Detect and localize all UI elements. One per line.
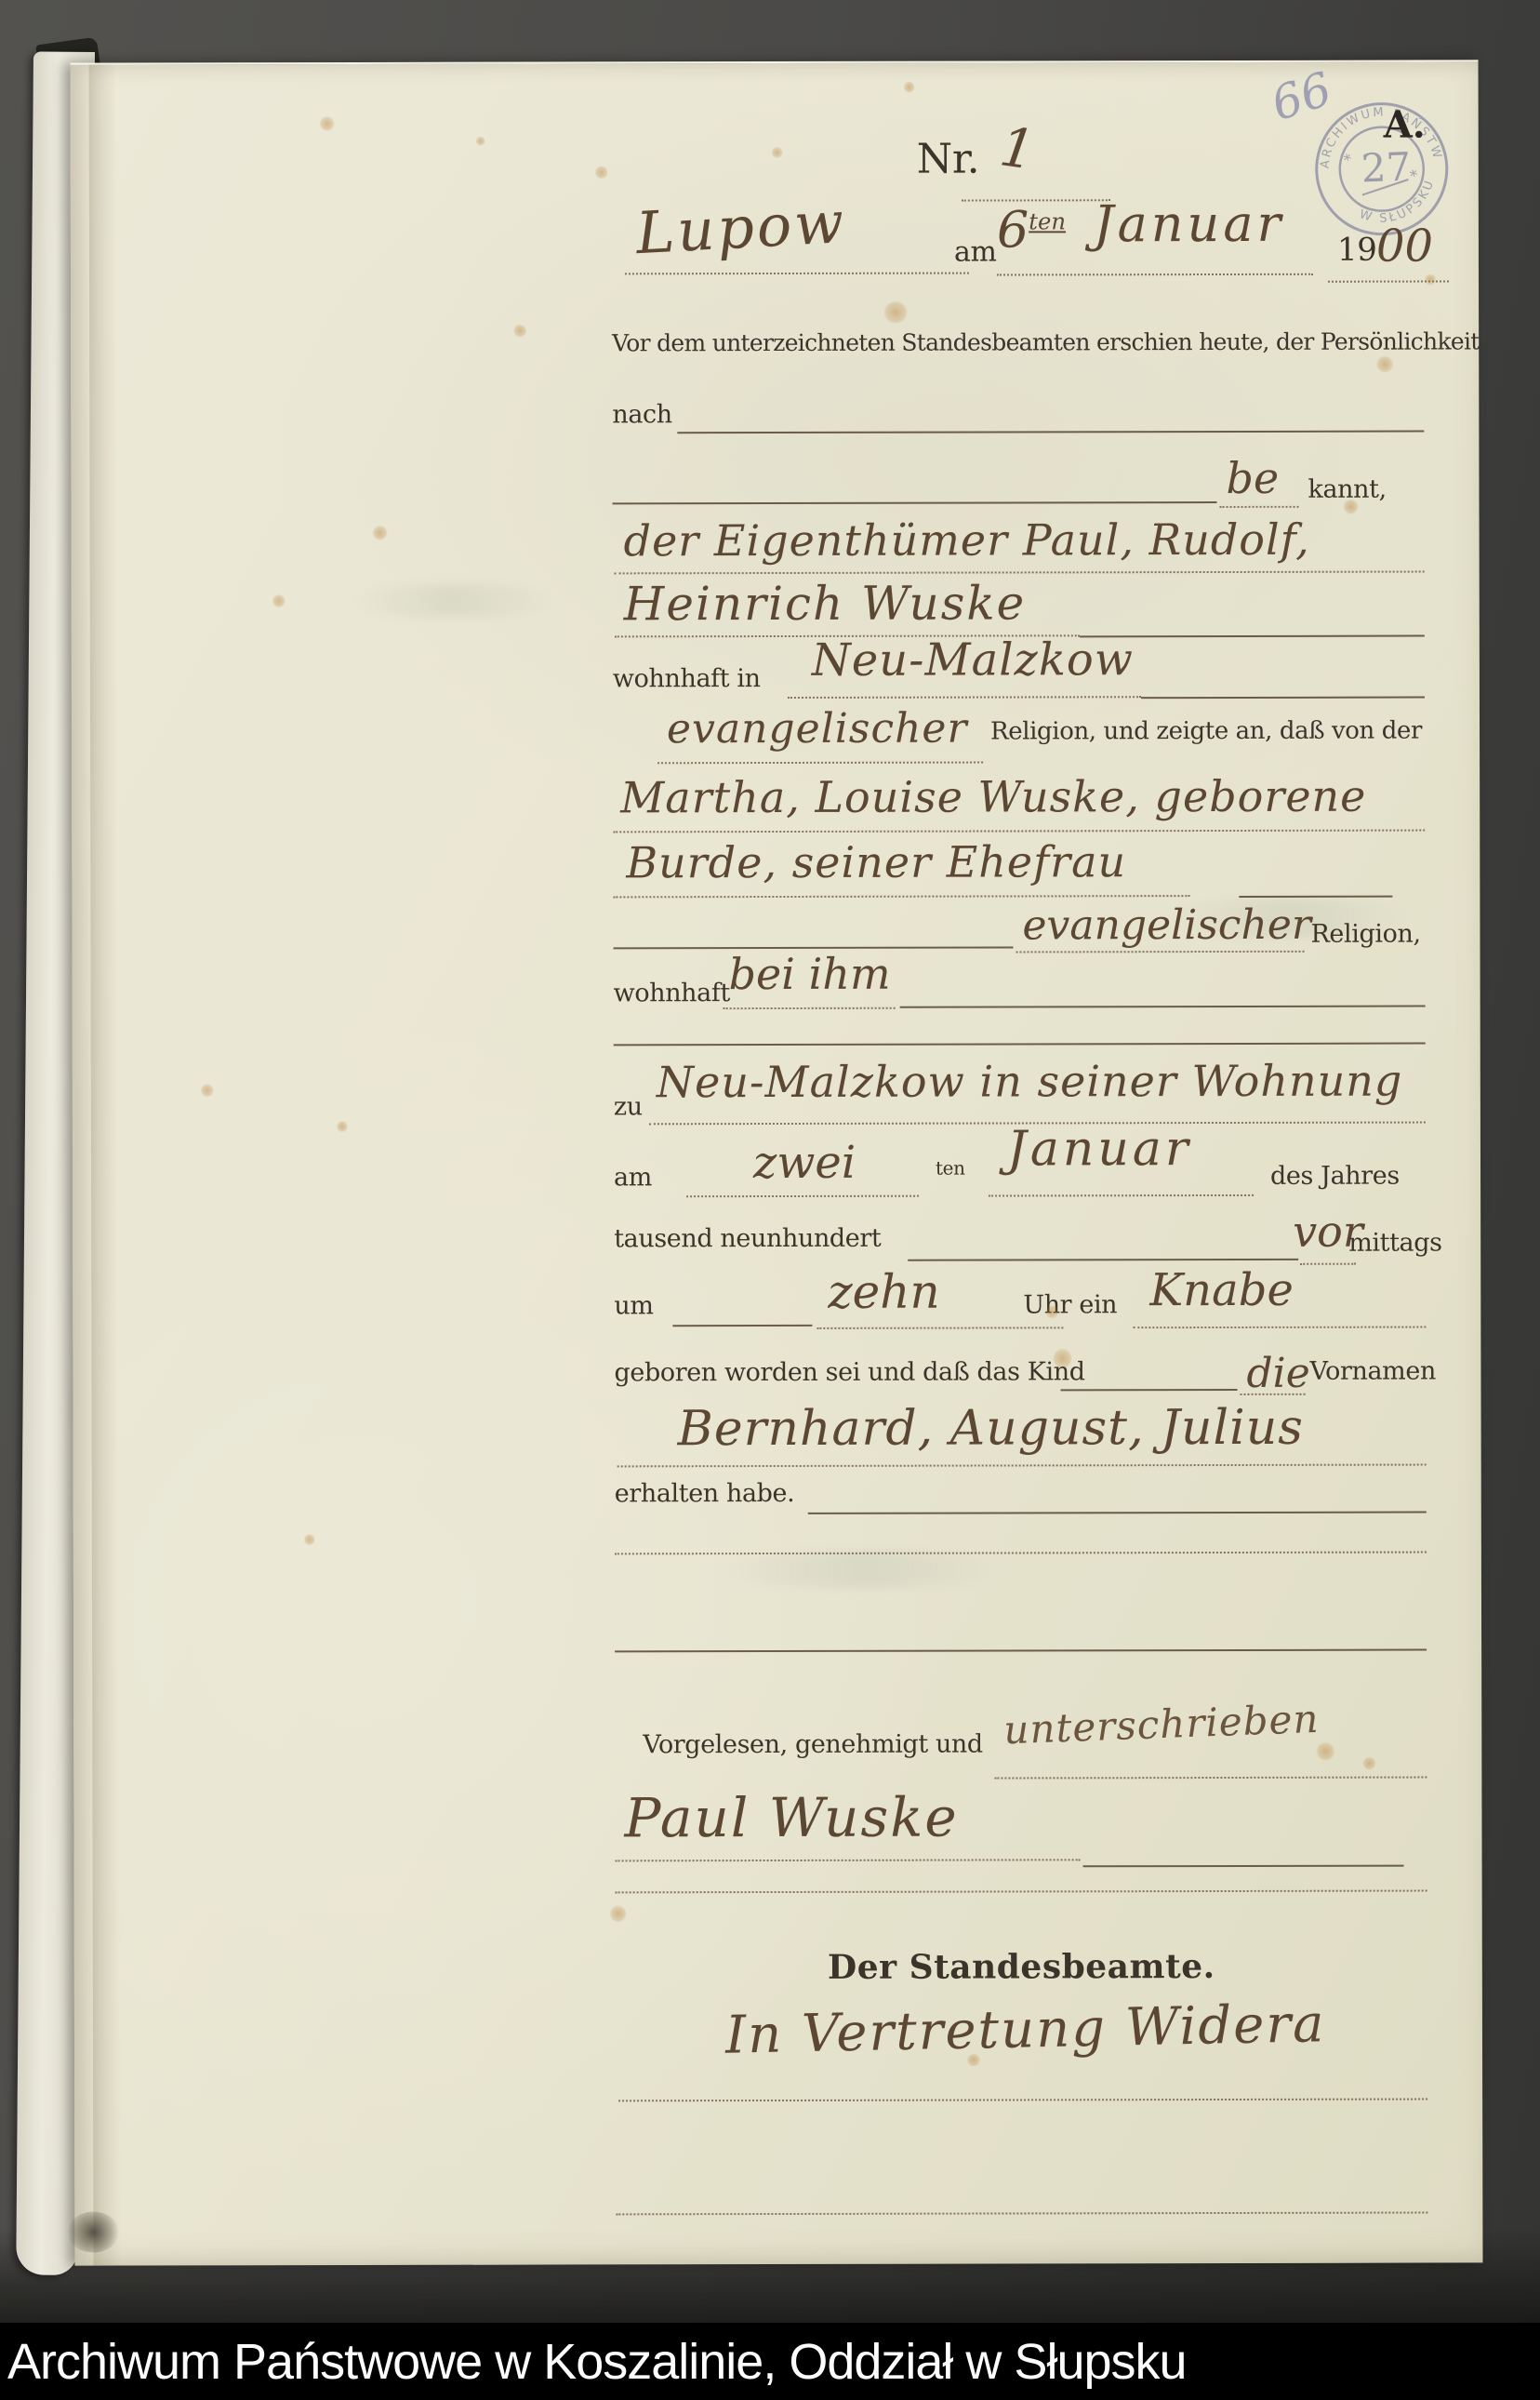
unterschrieben-written: unterschrieben [1002,1696,1320,1753]
form-letter-a: A. [1384,103,1426,147]
nach-label: nach [612,400,671,429]
foxing-stain [1425,274,1436,286]
wohnhaft-in-label: wohnhaft in [613,664,761,693]
bleedthrough-ghost [724,1551,1003,1587]
date-month: Januar [1094,194,1285,253]
foxing-stain [1362,1757,1375,1770]
unterschrieben-underline [994,1774,1427,1780]
date-day-number: 6 [997,200,1029,259]
mother-line1: Martha, Louise Wuske, geborene [620,771,1366,823]
date-day-suffix: ten [1029,207,1066,234]
bottom-left-smudge [67,2211,119,2252]
foxing-stain [1053,1348,1071,1368]
blank-rule [615,1649,1427,1653]
vor-underline [1300,1260,1356,1265]
foxing-stain [883,301,908,324]
foxing-stain [610,1905,627,1922]
registrar-title: Der Standesbeamte. [616,1947,1427,1988]
place-name: Lupow [634,188,848,267]
tausend-label: tausend neunhundert [614,1224,881,1254]
foxing-stain [373,526,388,540]
be-underline [1220,503,1299,508]
wohnhaft2-underline [724,1005,896,1009]
foxing-stain [1316,1742,1334,1761]
residence-underline [788,693,1141,699]
blank-rule [1061,1389,1238,1391]
wohnhaft2-label: wohnhaft [614,979,730,1007]
foxing-stain [201,1084,214,1097]
residence-written: Neu-Malzkow [812,633,1134,687]
year-written: 00 [1376,220,1433,273]
blank-rule [614,1043,1426,1047]
blank-rule [672,1325,812,1327]
blank-rule [613,501,1217,504]
date-underline [997,271,1313,276]
stamp-star-left: * [1342,151,1353,169]
be-written: be [1226,453,1279,503]
intro-line1: Vor dem unterzeichneten Standesbeamten e… [612,327,1480,356]
foxing-stain [513,325,526,338]
ten-suffix: ten [936,1157,965,1180]
blank-rule [900,1006,1426,1008]
child-names-written: Bernhard, August, Julius [678,1400,1304,1457]
fold-crease [89,64,122,2265]
hour-written: zehn [828,1265,939,1319]
blank-dotted-rule [616,1887,1427,1894]
religion1-written: evangelischer [667,705,968,753]
archive-caption-bar: Archiwum Państwowe w Koszalinie, Oddział… [0,2323,1540,2400]
mother1-underline [613,827,1425,833]
mother2-underline [613,892,1189,898]
birth-day-underline [686,1193,919,1198]
wohnhaft2-written: bei ihm [729,949,891,999]
foxing-stain [595,166,608,179]
blank-rule [677,431,1424,434]
registrar-signature-underline [618,2096,1427,2102]
year-printed: 19 [1337,232,1377,269]
registrar-signature: In Vertretung Widera [724,1993,1326,2066]
birth-month-written: Januar [1007,1121,1192,1177]
bottom-dotted-rule [616,2209,1427,2216]
religion2-printed: Religion, [1310,920,1420,949]
date-day: 6ten [997,200,1066,259]
stamp-number: 27 [1361,143,1412,191]
child-names-underline [617,1461,1427,1468]
vorgelesen-label: Vorgelesen, genehmigt und [643,1730,983,1760]
document-page: Nr. 1 ARCHIWUM PAŃSTWOWE W SŁUPSKU 27 * … [71,60,1483,2265]
birth-month-underline [989,1192,1254,1197]
des-jahres-label: des Jahres [1270,1162,1400,1191]
blank-rule [1141,697,1425,700]
blank-rule [808,1512,1427,1514]
foxing-stain [904,82,915,93]
vornamen-label: Vornamen [1309,1357,1436,1386]
religion1-underline [657,759,983,765]
sex-underline [1133,1324,1426,1329]
zu-label: zu [614,1092,643,1121]
sex-written: Knabe [1149,1264,1294,1316]
blank-dotted-rule [615,1549,1427,1555]
am2-label: am [614,1163,652,1192]
hour-underline [816,1324,1063,1329]
foxing-stain [1376,356,1393,373]
die-underline [1241,1391,1306,1395]
scanned-document-scene: Nr. 1 ARCHIWUM PAŃSTWOWE W SŁUPSKU 27 * … [0,0,1540,2400]
mittags-label: mittags [1348,1229,1441,1258]
nr-label: Nr. [917,136,980,183]
signature-underline [616,1856,1081,1861]
religion2-written: evangelischer [1022,901,1311,950]
mother-line2: Burde, seiner Ehefrau [626,836,1126,887]
am-label: am [954,236,997,269]
declarant-line2: Heinrich Wuske [624,576,1027,631]
foxing-stain [1344,500,1359,514]
religion1-printed: Religion, und zeigte an, daß von der [990,717,1422,746]
declarant-signature: Paul Wuske [624,1786,958,1850]
place-underline [625,270,969,275]
um-label: um [614,1291,653,1320]
declarant-line1: der Eigenthümer Paul, Rudolf, [624,514,1310,567]
foxing-stain [304,1534,315,1545]
foxing-stain [772,147,783,158]
blank-rule [1239,896,1392,898]
foxing-stain [320,116,335,131]
blank-rule [1083,1865,1404,1868]
foxing-stain [337,1121,348,1132]
bleedthrough-ghost [351,584,555,616]
geboren-label: geboren worden sei und daß das Kind [614,1357,1084,1387]
birth-day-written: zwei [753,1137,856,1189]
religion2-underline [1016,948,1305,953]
foxing-stain [476,137,485,146]
blank-rule [908,1259,1298,1261]
uhr-ein-label: Uhr ein [1023,1290,1117,1319]
archive-caption-text: Archiwum Państwowe w Koszalinie, Oddział… [0,2333,1187,2391]
nr-value: 1 [996,114,1039,181]
foxing-stain [1045,1305,1058,1318]
foxing-stain [967,2054,980,2067]
birth-place-written: Neu-Malzkow in seiner Wohnung [657,1056,1403,1108]
foxing-stain [272,594,285,607]
erhalten-label: erhalten habe. [615,1479,795,1508]
declarant1-underline [615,568,1425,575]
